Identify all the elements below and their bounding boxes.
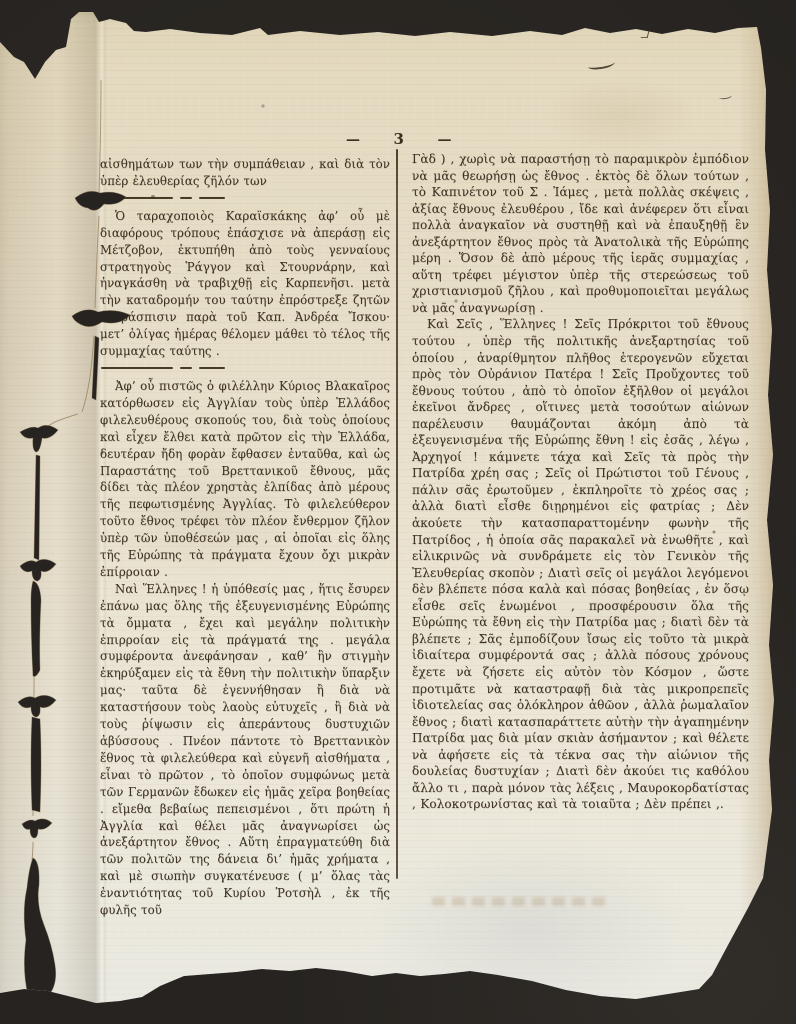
paragraph: Γὰδ ) , χωρὶς νὰ παραστήσῃ τὸ παραμικρὸν… bbox=[412, 151, 749, 316]
section-divider-rule bbox=[101, 367, 390, 370]
paragraph: αἰσθημάτων των τὴν συμπάθειαν , καὶ διὰ … bbox=[100, 156, 390, 190]
page-number-right-dash: — bbox=[438, 132, 453, 148]
left-column: αἰσθημάτων των τὴν συμπάθειαν , καὶ διὰ … bbox=[100, 156, 390, 919]
section-divider-rule bbox=[101, 197, 390, 200]
paragraph: Καὶ Σεῖς , Ἕλληνες ! Σεῖς Πρόκριτοι τοῦ … bbox=[412, 316, 749, 812]
paragraph: Ἀφ’ οὗ πιστῶς ὁ φιλέλλην Κύριος Βλακαῖρο… bbox=[100, 378, 390, 581]
scan-background: — 3 — αἰσθημάτων των τὴν συμπάθειαν , κα… bbox=[0, 0, 796, 1024]
pen-mark bbox=[719, 93, 733, 100]
pen-mark bbox=[641, 27, 651, 38]
pen-mark bbox=[588, 58, 616, 70]
paragraph: Ὁ ταραχοποιὸς Καραϊσκάκης ἀφ’ οὗ μὲ διαφ… bbox=[100, 208, 390, 360]
page-number-value: 3 bbox=[394, 130, 405, 148]
page-number-left-dash: — bbox=[346, 132, 361, 148]
ink-showthrough bbox=[432, 897, 608, 906]
newspaper-page: — 3 — αἰσθημάτων των τὴν συμπάθειαν , κα… bbox=[0, 0, 796, 1024]
page-number: — 3 — bbox=[346, 130, 452, 150]
ink-specks bbox=[0, 0, 2, 2]
paragraph: Ναὶ Ἕλληνες ! ἡ ὑπόθεσίς μας , ἥτις ἔσυρ… bbox=[100, 581, 390, 919]
binding-fold bbox=[0, 0, 106, 1024]
column-divider-rule bbox=[396, 149, 398, 879]
right-column: Γὰδ ) , χωρὶς νὰ παραστήσῃ τὸ παραμικρὸν… bbox=[412, 151, 749, 813]
